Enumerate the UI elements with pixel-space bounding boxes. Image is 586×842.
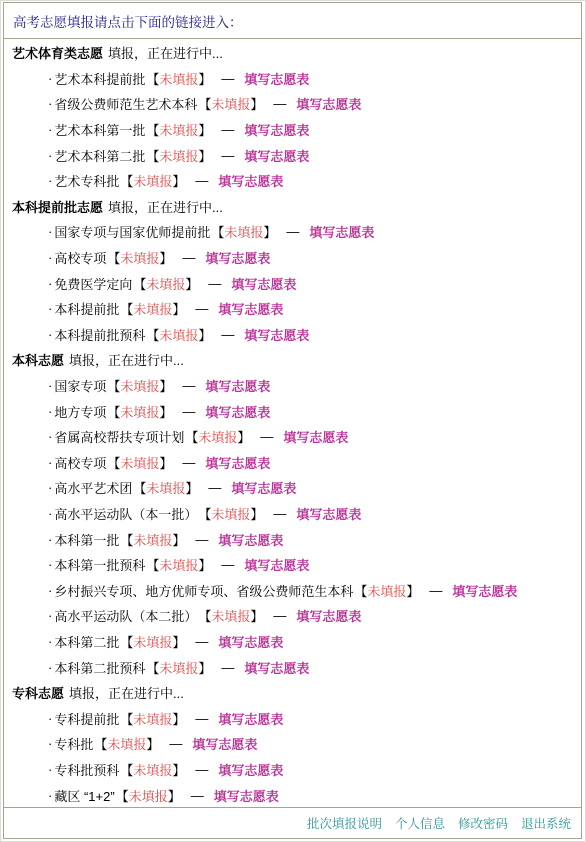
status-bracket-close: 】 (237, 427, 250, 446)
status-unfilled-badge: 未填报 (120, 248, 159, 267)
bullet-dot-icon: · (48, 788, 52, 803)
status-unfilled-badge: 未填报 (133, 171, 172, 190)
status-bracket-close: 】 (159, 376, 172, 395)
batch-row: · 地方专项 【 未填报 】 — 填写志愿表 (4, 398, 581, 424)
status-bracket-open: 【 (198, 504, 211, 523)
batch-label: 艺术本科第二批 (54, 146, 145, 165)
batch-sections-list: 艺术体育类志愿 填报，正在进行中... · 艺术本科提前批 【 未填报 】 — … (4, 39, 581, 807)
batch-label: 本科第一批预科 (54, 555, 145, 574)
status-unfilled-badge: 未填报 (120, 402, 159, 421)
status-unfilled-badge: 未填报 (211, 504, 250, 523)
fill-form-link[interactable]: 填写志愿表 (231, 478, 296, 497)
status-unfilled-badge: 未填报 (146, 274, 185, 293)
dash-separator: — (195, 173, 208, 188)
batch-row: · 专科批预科 【 未填报 】 — 填写志愿表 (4, 757, 581, 783)
batch-label: 本科第二批 (54, 632, 119, 651)
status-bracket-close: 】 (250, 504, 263, 523)
batch-label: 艺术本科第一批 (54, 120, 145, 139)
status-unfilled-badge: 未填报 (159, 658, 198, 677)
status-bracket-open: 【 (146, 325, 159, 344)
bullet-dot-icon: · (48, 736, 52, 751)
status-unfilled-badge: 未填报 (133, 760, 172, 779)
status-bracket-close: 】 (185, 274, 198, 293)
fill-form-link[interactable]: 填写志愿表 (244, 69, 309, 88)
main-panel: 高考志愿填报请点击下面的链接进入： 艺术体育类志愿 填报，正在进行中... · … (3, 2, 582, 839)
batch-row: · 高水平运动队（本二批） 【 未填报 】 — 填写志愿表 (4, 603, 581, 629)
dash-separator: — (182, 455, 195, 470)
status-bracket-open: 【 (120, 171, 133, 190)
status-bracket-close: 】 (198, 325, 211, 344)
status-bracket-open: 【 (146, 658, 159, 677)
status-bracket-close: 】 (172, 760, 185, 779)
batch-label: 高水平运动队（本二批） (54, 606, 197, 625)
dash-separator: — (195, 532, 208, 547)
dash-separator: — (195, 301, 208, 316)
status-bracket-close: 】 (172, 709, 185, 728)
batch-row: · 高校专项 【 未填报 】 — 填写志愿表 (4, 245, 581, 271)
batch-row: · 艺术本科第一批 【 未填报 】 — 填写志愿表 (4, 117, 581, 143)
footer-link[interactable]: 个人信息 (395, 814, 445, 832)
bullet-dot-icon: · (48, 96, 52, 111)
status-bracket-close: 】 (172, 171, 185, 190)
bullet-dot-icon: · (48, 404, 52, 419)
status-bracket-close: 】 (172, 632, 185, 651)
status-unfilled-badge: 未填报 (367, 581, 406, 600)
bullet-dot-icon: · (48, 301, 52, 316)
batch-row: · 高校专项 【 未填报 】 — 填写志愿表 (4, 450, 581, 476)
status-bracket-close: 】 (159, 248, 172, 267)
status-bracket-close: 】 (198, 146, 211, 165)
status-bracket-open: 【 (107, 248, 120, 267)
status-unfilled-badge: 未填报 (129, 786, 168, 805)
bullet-dot-icon: · (48, 148, 52, 163)
status-unfilled-badge: 未填报 (198, 427, 237, 446)
page-header: 高考志愿填报请点击下面的链接进入： (4, 3, 581, 39)
fill-form-link[interactable]: 填写志愿表 (205, 248, 270, 267)
batch-label: 本科提前批 (54, 299, 119, 318)
batch-label: 国家专项 (54, 376, 106, 395)
status-bracket-open: 【 (120, 760, 133, 779)
status-bracket-open: 【 (185, 427, 198, 446)
batch-label: 本科第二批预科 (54, 658, 145, 677)
dash-separator: — (221, 660, 234, 675)
fill-form-link[interactable]: 填写志愿表 (244, 658, 309, 677)
dash-separator: — (195, 762, 208, 777)
status-bracket-close: 】 (168, 786, 181, 805)
status-unfilled-badge: 未填报 (159, 69, 198, 88)
fill-form-link[interactable]: 填写志愿表 (231, 274, 296, 293)
status-bracket-close: 】 (198, 658, 211, 677)
bullet-dot-icon: · (48, 583, 52, 598)
batch-label: 地方专项 (54, 402, 106, 421)
status-bracket-open: 【 (120, 632, 133, 651)
bullet-dot-icon: · (48, 429, 52, 444)
status-unfilled-badge: 未填报 (159, 325, 198, 344)
fill-form-link[interactable]: 填写志愿表 (218, 760, 283, 779)
dash-separator: — (182, 404, 195, 419)
status-bracket-close: 】 (159, 402, 172, 421)
bullet-dot-icon: · (48, 378, 52, 393)
status-unfilled-badge: 未填报 (159, 120, 198, 139)
dash-separator: — (273, 608, 286, 623)
status-bracket-close: 】 (159, 453, 172, 472)
section-title: 本科提前批志愿 (12, 197, 103, 216)
dash-separator: — (273, 506, 286, 521)
batch-row: · 专科批 【 未填报 】 — 填写志愿表 (4, 731, 581, 757)
batch-row: · 专科提前批 【 未填报 】 — 填写志愿表 (4, 705, 581, 731)
section-status-text: 填报，正在进行中... (69, 350, 184, 369)
status-bracket-close: 】 (172, 299, 185, 318)
batch-label: 高水平运动队（本一批） (54, 504, 197, 523)
dash-separator: — (221, 71, 234, 86)
batch-row: · 省级公费师范生艺术本科 【 未填报 】 — 填写志愿表 (4, 91, 581, 117)
dash-separator: — (429, 583, 442, 598)
fill-form-link[interactable]: 填写志愿表 (296, 504, 361, 523)
batch-label: 高校专项 (54, 248, 106, 267)
status-bracket-open: 【 (120, 709, 133, 728)
bullet-dot-icon: · (48, 250, 52, 265)
batch-label: 本科提前批预科 (54, 325, 145, 344)
batch-label: 专科批 (54, 734, 93, 753)
fill-form-link[interactable]: 填写志愿表 (218, 632, 283, 651)
fill-form-link[interactable]: 填写志愿表 (205, 453, 270, 472)
batch-row: · 艺术本科第二批 【 未填报 】 — 填写志愿表 (4, 142, 581, 168)
bullet-dot-icon: · (48, 608, 52, 623)
fill-form-link[interactable]: 填写志愿表 (244, 146, 309, 165)
footer-link[interactable]: 退出系统 (521, 814, 571, 832)
batch-label: 藏区 “1+2” (54, 786, 114, 805)
fill-form-link[interactable]: 填写志愿表 (296, 606, 361, 625)
dash-separator: — (191, 788, 204, 803)
batch-row: · 本科提前批 【 未填报 】 — 填写志愿表 (4, 296, 581, 322)
bullet-dot-icon: · (48, 506, 52, 521)
dash-separator: — (221, 148, 234, 163)
bullet-dot-icon: · (48, 557, 52, 572)
bullet-dot-icon: · (48, 455, 52, 470)
status-unfilled-badge: 未填报 (159, 146, 198, 165)
batch-label: 艺术专科批 (54, 171, 119, 190)
batch-label: 本科第一批 (54, 530, 119, 549)
dash-separator: — (195, 711, 208, 726)
status-bracket-open: 【 (198, 94, 211, 113)
batch-row: · 本科第一批预科 【 未填报 】 — 填写志愿表 (4, 552, 581, 578)
batch-label: 专科提前批 (54, 709, 119, 728)
section-header: 专科志愿 填报，正在进行中... (4, 680, 581, 706)
status-bracket-open: 【 (107, 453, 120, 472)
bullet-dot-icon: · (48, 224, 52, 239)
status-bracket-open: 【 (146, 69, 159, 88)
section-title: 本科志愿 (12, 350, 64, 369)
bullet-dot-icon: · (48, 711, 52, 726)
section-status-text: 填报，正在进行中... (108, 197, 223, 216)
fill-form-link[interactable]: 填写志愿表 (244, 555, 309, 574)
batch-row: · 高水平艺术团 【 未填报 】 — 填写志愿表 (4, 475, 581, 501)
fill-form-link[interactable]: 填写志愿表 (218, 709, 283, 728)
fill-form-link[interactable]: 填写志愿表 (218, 299, 283, 318)
batch-row: · 本科提前批预科 【 未填报 】 — 填写志愿表 (4, 322, 581, 348)
batch-label: 国家专项与国家优师提前批 (54, 222, 210, 241)
batch-label: 省属高校帮扶专项计划 (54, 427, 184, 446)
batch-row: · 艺术本科提前批 【 未填报 】 — 填写志愿表 (4, 66, 581, 92)
batch-label: 省级公费师范生艺术本科 (54, 94, 197, 113)
fill-form-link[interactable]: 填写志愿表 (296, 94, 361, 113)
status-unfilled-badge: 未填报 (211, 94, 250, 113)
status-bracket-open: 【 (107, 402, 120, 421)
batch-label: 高水平艺术团 (54, 478, 132, 497)
batch-label: 专科批预科 (54, 760, 119, 779)
section-header: 本科提前批志愿 填报，正在进行中... (4, 194, 581, 220)
dash-separator: — (260, 429, 273, 444)
fill-form-link[interactable]: 填写志愿表 (205, 402, 270, 421)
status-unfilled-badge: 未填报 (133, 530, 172, 549)
section-status-text: 填报，正在进行中... (69, 683, 184, 702)
section-title: 专科志愿 (12, 683, 64, 702)
status-bracket-open: 【 (211, 222, 224, 241)
status-bracket-open: 【 (133, 274, 146, 293)
batch-row: · 免费医学定向 【 未填报 】 — 填写志愿表 (4, 270, 581, 296)
status-unfilled-badge: 未填报 (224, 222, 263, 241)
section-status-text: 填报，正在进行中... (108, 43, 223, 62)
batch-row: · 本科第二批 【 未填报 】 — 填写志愿表 (4, 629, 581, 655)
dash-separator: — (286, 224, 299, 239)
status-bracket-close: 】 (185, 478, 198, 497)
status-unfilled-badge: 未填报 (133, 299, 172, 318)
dash-separator: — (208, 276, 221, 291)
fill-form-link[interactable]: 填写志愿表 (244, 325, 309, 344)
status-bracket-close: 】 (263, 222, 276, 241)
fill-form-link[interactable]: 填写志愿表 (244, 120, 309, 139)
bullet-dot-icon: · (48, 122, 52, 137)
section-header: 艺术体育类志愿 填报，正在进行中... (4, 40, 581, 66)
section-title: 艺术体育类志愿 (12, 43, 103, 62)
status-bracket-open: 【 (120, 530, 133, 549)
dash-separator: — (221, 122, 234, 137)
status-bracket-close: 】 (250, 94, 263, 113)
status-bracket-open: 【 (146, 555, 159, 574)
section-header: 本科志愿 填报，正在进行中... (4, 347, 581, 373)
footer-nav: 批次填报说明个人信息修改密码退出系统 (4, 807, 581, 838)
bullet-dot-icon: · (48, 532, 52, 547)
fill-form-link[interactable]: 填写志愿表 (205, 376, 270, 395)
status-bracket-open: 【 (107, 376, 120, 395)
footer-link[interactable]: 批次填报说明 (307, 814, 382, 832)
dash-separator: — (221, 557, 234, 572)
dash-separator: — (182, 378, 195, 393)
status-bracket-close: 】 (198, 555, 211, 574)
fill-form-link[interactable]: 填写志愿表 (192, 734, 257, 753)
dash-separator: — (182, 250, 195, 265)
batch-row: · 高水平运动队（本一批） 【 未填报 】 — 填写志愿表 (4, 501, 581, 527)
batch-label: 高校专项 (54, 453, 106, 472)
fill-form-link[interactable]: 填写志愿表 (214, 786, 279, 805)
bullet-dot-icon: · (48, 173, 52, 188)
batch-label: 乡村振兴专项、地方优师专项、省级公费师范生本科 (54, 581, 353, 600)
status-bracket-close: 】 (250, 606, 263, 625)
dash-separator: — (273, 96, 286, 111)
batch-row: · 乡村振兴专项、地方优师专项、省级公费师范生本科 【 未填报 】 — 填写志愿… (4, 577, 581, 603)
status-bracket-close: 】 (172, 530, 185, 549)
page-title: 高考志愿填报请点击下面的链接进入： (13, 11, 243, 31)
status-unfilled-badge: 未填报 (159, 555, 198, 574)
status-unfilled-badge: 未填报 (120, 376, 159, 395)
fill-form-link[interactable]: 填写志愿表 (218, 171, 283, 190)
status-unfilled-badge: 未填报 (107, 734, 146, 753)
status-bracket-open: 【 (116, 786, 129, 805)
status-unfilled-badge: 未填报 (146, 478, 185, 497)
dash-separator: — (169, 736, 182, 751)
batch-row: · 国家专项 【 未填报 】 — 填写志愿表 (4, 373, 581, 399)
fill-form-link[interactable]: 填写志愿表 (309, 222, 374, 241)
status-bracket-open: 【 (146, 120, 159, 139)
footer-link[interactable]: 修改密码 (458, 814, 508, 832)
batch-row: · 省属高校帮扶专项计划 【 未填报 】 — 填写志愿表 (4, 424, 581, 450)
bullet-dot-icon: · (48, 276, 52, 291)
batch-row: · 本科第二批预科 【 未填报 】 — 填写志愿表 (4, 654, 581, 680)
status-bracket-close: 】 (198, 69, 211, 88)
status-bracket-open: 【 (354, 581, 367, 600)
status-bracket-close: 】 (406, 581, 419, 600)
fill-form-link[interactable]: 填写志愿表 (218, 530, 283, 549)
status-bracket-open: 【 (146, 146, 159, 165)
bullet-dot-icon: · (48, 660, 52, 675)
status-bracket-open: 【 (198, 606, 211, 625)
bullet-dot-icon: · (48, 634, 52, 649)
dash-separator: — (195, 634, 208, 649)
batch-label: 艺术本科提前批 (54, 69, 145, 88)
status-bracket-open: 【 (120, 299, 133, 318)
fill-form-link[interactable]: 填写志愿表 (452, 581, 517, 600)
status-unfilled-badge: 未填报 (211, 606, 250, 625)
status-bracket-open: 【 (133, 478, 146, 497)
status-unfilled-badge: 未填报 (133, 709, 172, 728)
status-bracket-open: 【 (94, 734, 107, 753)
batch-row: · 国家专项与国家优师提前批 【 未填报 】 — 填写志愿表 (4, 219, 581, 245)
bullet-dot-icon: · (48, 762, 52, 777)
fill-form-link[interactable]: 填写志愿表 (283, 427, 348, 446)
batch-row: · 艺术专科批 【 未填报 】 — 填写志愿表 (4, 168, 581, 194)
batch-row: · 藏区 “1+2” 【 未填报 】 — 填写志愿表 (4, 782, 581, 807)
bullet-dot-icon: · (48, 327, 52, 342)
dash-separator: — (221, 327, 234, 342)
status-unfilled-badge: 未填报 (120, 453, 159, 472)
status-bracket-close: 】 (146, 734, 159, 753)
batch-row: · 本科第一批 【 未填报 】 — 填写志愿表 (4, 526, 581, 552)
batch-label: 免费医学定向 (54, 274, 132, 293)
bullet-dot-icon: · (48, 71, 52, 86)
dash-separator: — (208, 480, 221, 495)
bullet-dot-icon: · (48, 480, 52, 495)
status-bracket-close: 】 (198, 120, 211, 139)
status-unfilled-badge: 未填报 (133, 632, 172, 651)
